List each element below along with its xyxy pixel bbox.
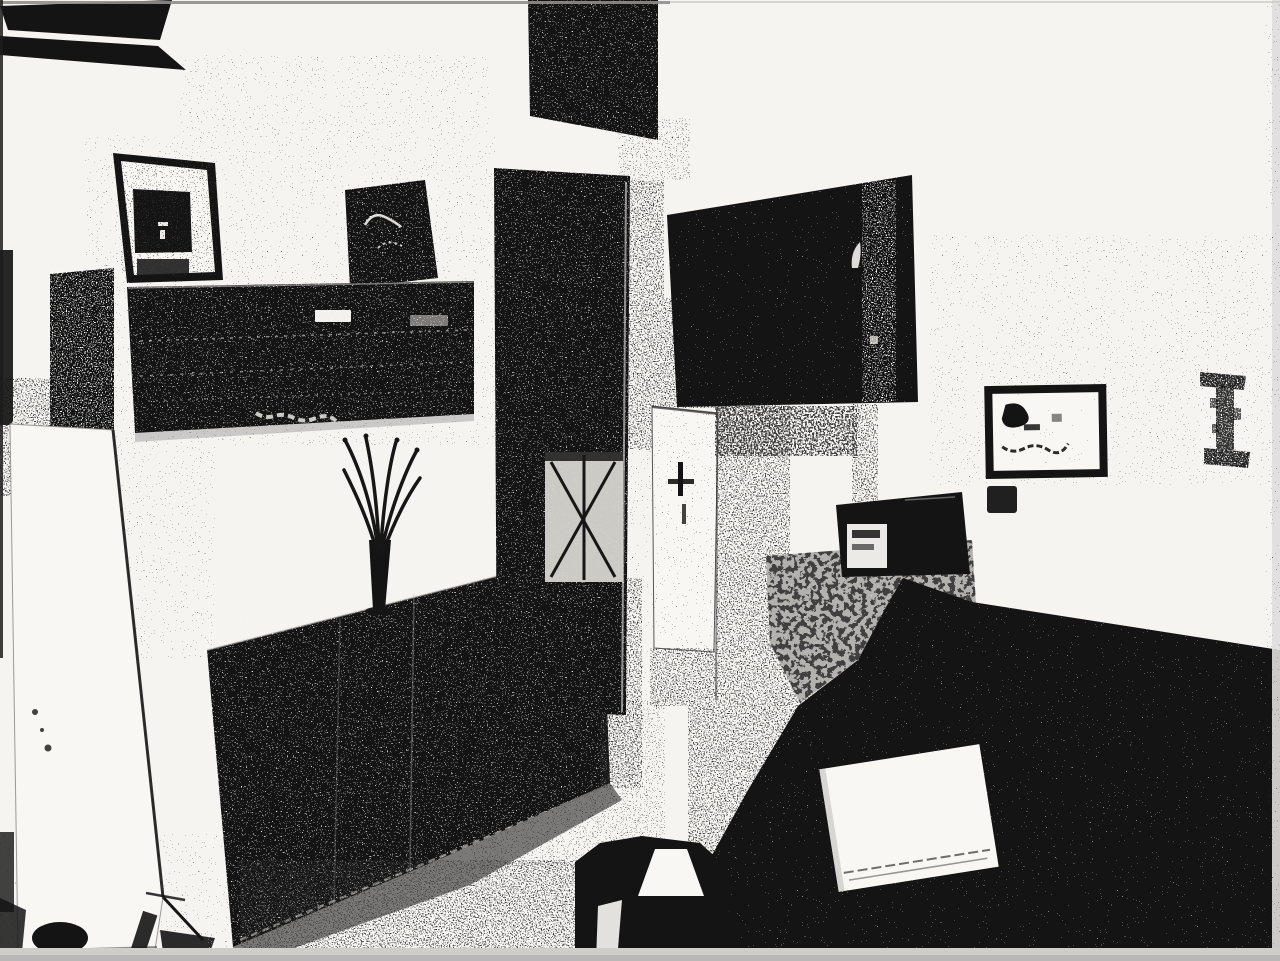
scanned-photo-page: Interior room with furniture, high-contr… (0, 0, 1280, 961)
border-top-line (0, 1, 670, 4)
floor-dot-2 (45, 745, 52, 752)
tv-bracket-shade (852, 404, 878, 502)
folding-rack (545, 452, 623, 582)
wall-cabinet (127, 281, 475, 442)
book-pages (819, 744, 998, 892)
bedside-lamp (575, 836, 730, 961)
border-top-line-faint (670, 1, 1280, 3)
art-grain (347, 182, 437, 286)
branch-tip-4 (415, 448, 420, 453)
left-picture-frame (113, 153, 223, 283)
door-top-grain (528, 0, 658, 140)
stereo-slot-2 (852, 544, 874, 550)
open-book (819, 744, 998, 892)
right-picture-grain (992, 392, 1099, 471)
frame-grain (121, 161, 217, 275)
door-grain (494, 168, 630, 715)
door-top-block (528, 0, 658, 140)
floor-dot-3 (40, 728, 44, 732)
right-picture (984, 384, 1108, 479)
stereo-slot (852, 530, 880, 538)
branch-tip-2 (364, 434, 369, 439)
room-photograph: Interior room with furniture, high-contr… (0, 0, 1280, 961)
tv-side-grain (862, 180, 896, 402)
border-right-grain (1266, 0, 1280, 950)
border-bottom-band (0, 948, 1280, 955)
branch-tip-3 (395, 438, 400, 443)
border-left-line (0, 0, 3, 658)
floor-dot-1 (32, 709, 38, 715)
center-door (494, 168, 664, 715)
room-photo-canvas: Interior room with furniture, high-contr… (0, 0, 1280, 961)
border-bottom-band-dark (0, 955, 1280, 961)
under-tv-band (715, 406, 857, 456)
bed (694, 578, 1280, 961)
right-wall-object (1200, 372, 1252, 470)
light-switch (987, 486, 1017, 513)
ornament-grain (1200, 372, 1252, 470)
leaning-art (345, 180, 438, 288)
branch-tip (343, 438, 348, 443)
tv-reflection-dot (870, 336, 878, 344)
bed-grain (700, 580, 1280, 960)
vase-base (365, 607, 393, 615)
cabinet-grain (127, 282, 475, 432)
